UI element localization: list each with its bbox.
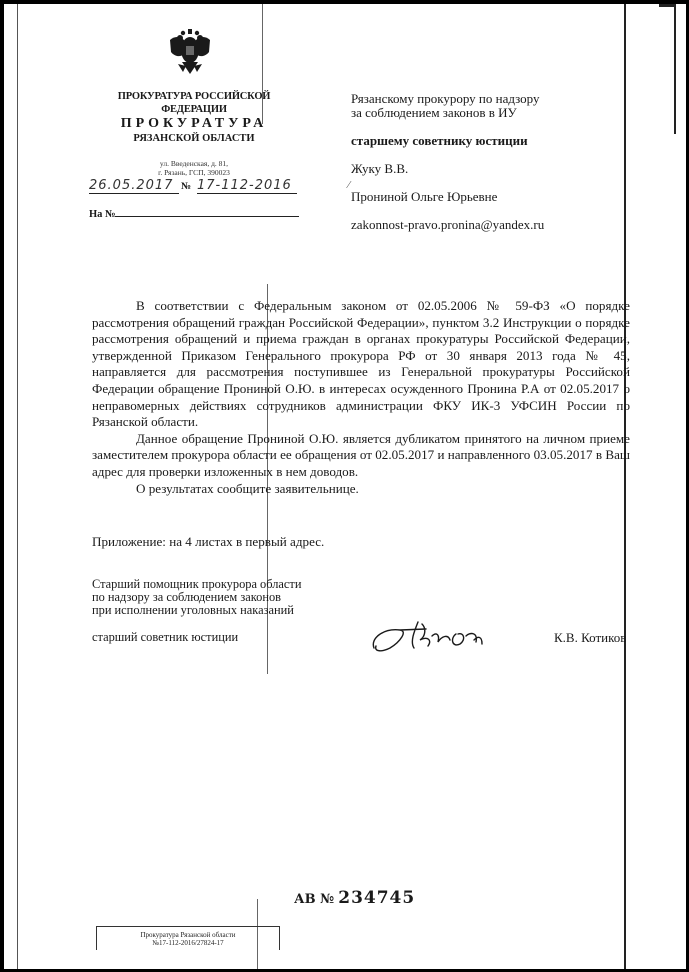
addressee-rank: старшему советнику юстиции <box>351 134 631 148</box>
recipient-name: Прониной Ольге Юрьевне <box>351 190 631 204</box>
scan-artifact-top <box>659 4 674 7</box>
registration-stamp: Прокуратура Рязанской области №17-112-20… <box>96 926 280 950</box>
address-line: г. Рязань, ГСП, 390023 <box>158 168 230 177</box>
reply-to-label: На № <box>89 209 116 220</box>
org-region: РЯЗАНСКОЙ ОБЛАСТИ <box>104 133 284 144</box>
stamp-line: №17-112-2016/27824-17 <box>152 939 223 947</box>
letter-body: В соответствии с Федеральным законом от … <box>92 298 630 497</box>
document-page: ПРОКУРАТУРА РОССИЙСКОЙ ФЕДЕРАЦИИ ПРОКУРА… <box>4 4 686 969</box>
position-line: при исполнении уголовных наказаний <box>92 603 294 617</box>
handwritten-signature-icon <box>370 614 520 658</box>
body-paragraph: В соответствии с Федеральным законом от … <box>92 298 630 431</box>
addressee-name: Жуку В.В. <box>351 162 631 176</box>
signer-position: Старший помощник прокурора области по на… <box>92 578 301 617</box>
signer-name: К.В. Котиков <box>554 630 626 646</box>
position-line: по надзору за соблюдением законов <box>92 590 281 604</box>
addressee-block: Рязанскому прокурору по надзору за соблю… <box>351 92 631 232</box>
body-paragraph: О результатах сообщите заявительнице. <box>92 481 630 498</box>
outgoing-number: 17-112-2016 <box>197 178 297 194</box>
position-line: Старший помощник прокурора области <box>92 577 301 591</box>
body-paragraph: Данное обращение Прониной О.Ю. является … <box>92 431 630 481</box>
stamp-line: Прокуратура Рязанской области <box>140 931 235 939</box>
org-name-text: ПРОКУРАТУРА РОССИЙСКОЙ <box>118 91 271 102</box>
address-line: ул. Введенская, д. 81, <box>160 159 228 168</box>
addressee-line: за соблюдением законов в ИУ <box>351 106 631 120</box>
check-mark-icon: ⁄ <box>348 180 350 191</box>
number-label: № <box>181 181 191 192</box>
scan-artifact-left <box>17 4 18 969</box>
reply-to-blank <box>115 216 299 217</box>
attachment-note: Приложение: на 4 листах в первый адрес. <box>92 534 324 550</box>
outgoing-date: 26.05.2017 <box>89 178 179 194</box>
addressee-line: Рязанскому прокурору по надзору <box>351 92 631 106</box>
coat-of-arms-icon <box>166 28 214 76</box>
serial-prefix: АВ № <box>294 892 334 907</box>
org-address: ул. Введенская, д. 81, г. Рязань, ГСП, 3… <box>104 159 284 177</box>
recipient-email: zakonnost-pravo.pronina@yandex.ru <box>351 218 631 232</box>
org-name-line1: ПРОКУРАТУРА РОССИЙСКОЙ ФЕДЕРАЦИИ <box>104 90 284 116</box>
form-serial-number: АВ №234745 <box>294 888 415 908</box>
org-name-text-2: ФЕДЕРАЦИИ <box>161 104 227 115</box>
serial-number: 234745 <box>338 888 415 908</box>
scan-artifact-edge <box>674 4 676 134</box>
signer-rank: старший советник юстиции <box>92 630 238 645</box>
reply-to-row: На № <box>89 204 299 222</box>
org-title: ПРОКУРАТУРА <box>104 116 284 132</box>
date-number-row: 26.05.2017 № 17-112-2016 <box>89 178 299 196</box>
